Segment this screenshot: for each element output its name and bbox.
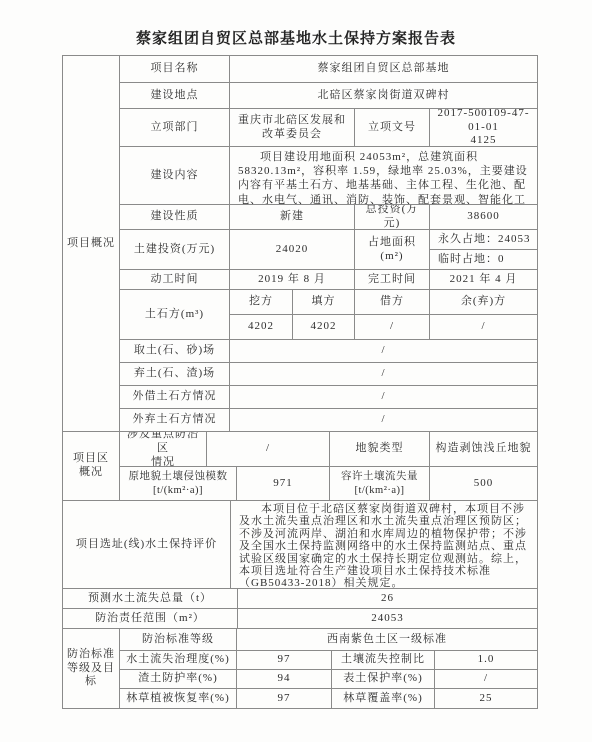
report-page: 蔡家组团自贸区总部基地水土保持方案报告表 项目概况 项目名称 蔡家组团自贸区总部…	[0, 0, 592, 742]
start-time-value: 2019 年 8 月	[230, 270, 355, 290]
soil-loss-control-ratio-value: 1.0	[435, 651, 537, 670]
predicted-loss-value: 26	[238, 589, 537, 609]
row-project-name: 项目名称 蔡家组团自贸区总部基地	[120, 56, 537, 83]
report-table: 项目概况 项目名称 蔡家组团自贸区总部基地 建设地点 北碚区蔡家岗街道双碑村 立…	[62, 55, 538, 709]
borrow-value: /	[355, 315, 430, 340]
fill-value: 4202	[293, 315, 355, 340]
row-predicted-loss: 预测水土流失总量（t） 26	[63, 589, 537, 609]
borrow-site-value: /	[230, 340, 537, 363]
area-permanent-value: 永久占地：24053	[430, 230, 537, 250]
nature-label: 建设性质	[120, 205, 230, 230]
erosion-modulus-value: 971	[237, 467, 330, 501]
total-investment-value: 38600	[430, 205, 537, 230]
row-standard-1: 水土流失治理度(%) 97 土壤流失控制比 1.0	[120, 651, 537, 670]
external-borrow-label: 外借土石方情况	[120, 386, 230, 409]
section-label-project-area: 项目区 概况	[63, 432, 120, 501]
vegetation-recovery-rate-label: 林草植被恢复率(%)	[120, 689, 237, 708]
borrow-site-label: 取土(石、砂)场	[120, 340, 230, 363]
area-temporary-value: 临时占地：0	[430, 250, 537, 270]
row-civil-investment: 土建投资(万元) 24020 占地面积(m²) 永久占地：24053 临时占地：…	[120, 230, 537, 270]
content-label: 建设内容	[120, 147, 230, 205]
project-name-label: 项目名称	[120, 56, 230, 83]
finish-time-value: 2021 年 4 月	[430, 270, 537, 290]
content-value: 项目建设用地面积 24053m²，总建筑面积 58320.13m²，容积率 1.…	[230, 147, 537, 205]
location-label: 建设地点	[120, 83, 230, 109]
excavation-value: 4202	[230, 315, 293, 340]
section-label-standards: 防治标准 等级及目 标	[63, 629, 120, 708]
row-schedule: 动工时间 2019 年 8 月 完工时间 2021 年 4 月	[120, 270, 537, 290]
row-approval: 立项部门 重庆市北碚区发展和 改革委员会 立项文号 2017-500109-47…	[120, 109, 537, 147]
row-location: 建设地点 北碚区蔡家岗街道双碑村	[120, 83, 537, 109]
site-evaluation-label: 项目选址(线)水土保持评价	[63, 501, 231, 589]
landform-label: 地貌类型	[330, 432, 430, 467]
standard-grade-label: 防治标准等级	[120, 629, 237, 651]
borrow-header: 借方	[355, 290, 430, 315]
slag-protection-rate-value: 94	[237, 670, 332, 689]
row-responsibility-area: 防治责任范围（m²） 24053	[63, 609, 537, 629]
vegetation-coverage-rate-label: 林草覆盖率(%)	[332, 689, 435, 708]
total-investment-label: 总投资(万元)	[355, 205, 430, 230]
predicted-loss-label: 预测水土流失总量（t）	[63, 589, 238, 609]
project-name-value: 蔡家组团自贸区总部基地	[230, 56, 537, 83]
responsibility-area-label: 防治责任范围（m²）	[63, 609, 238, 629]
vegetation-coverage-rate-value: 25	[435, 689, 537, 708]
doc-no-label: 立项文号	[355, 109, 430, 147]
earthwork-header-row: 挖方 填方 借方 余(弃)方	[230, 290, 537, 315]
nature-value: 新建	[230, 205, 355, 230]
section-standards: 防治标准 等级及目 标 防治标准等级 西南紫色土区一级标准 水土流失治理度(%)…	[63, 629, 537, 708]
soil-loss-control-degree-value: 97	[237, 651, 332, 670]
document-title: 蔡家组团自贸区总部基地水土保持方案报告表	[0, 27, 592, 48]
row-external-spoil: 外弃土石方情况 /	[120, 409, 537, 432]
location-value: 北碚区蔡家岗街道双碑村	[230, 83, 537, 109]
slag-protection-rate-label: 渣土防护率(%)	[120, 670, 237, 689]
row-spoil-site: 弃土(石、渣)场 /	[120, 363, 537, 386]
fill-header: 填方	[293, 290, 355, 315]
row-standard-3: 林草植被恢复率(%) 97 林草覆盖率(%) 25	[120, 689, 537, 708]
responsibility-area-value: 24053	[238, 609, 537, 629]
section-project-overview: 项目概况 项目名称 蔡家组团自贸区总部基地 建设地点 北碚区蔡家岗街道双碑村 立…	[63, 56, 537, 432]
approval-dept-label: 立项部门	[120, 109, 230, 147]
allowable-loss-label: 容许土壤流失量 [t/(km²·a)]	[330, 467, 430, 501]
spoil-value: /	[430, 315, 537, 340]
excavation-header: 挖方	[230, 290, 293, 315]
external-borrow-value: /	[230, 386, 537, 409]
external-spoil-value: /	[230, 409, 537, 432]
soil-loss-control-degree-label: 水土流失治理度(%)	[120, 651, 237, 670]
row-standard-grade: 防治标准等级 西南紫色土区一级标准	[120, 629, 537, 651]
key-zone-label: 涉及重点防治区 情况	[120, 432, 207, 467]
civil-investment-value: 24020	[230, 230, 355, 270]
approval-dept-value: 重庆市北碚区发展和 改革委员会	[230, 109, 355, 147]
standard-grade-value: 西南紫色土区一级标准	[237, 629, 537, 651]
row-site-evaluation: 项目选址(线)水土保持评价 本项目位于北碚区蔡家岗街道双碑村，本项目不涉及水土流…	[63, 501, 537, 589]
doc-no-value: 2017-500109-47-01-01 4125	[430, 109, 537, 147]
row-earthwork: 土石方(m³) 挖方 填方 借方 余(弃)方 4202 4202 / /	[120, 290, 537, 340]
row-borrow-site: 取土(石、砂)场 /	[120, 340, 537, 363]
finish-time-label: 完工时间	[355, 270, 430, 290]
area-label: 占地面积(m²)	[355, 230, 430, 270]
landform-value: 构造剥蚀浅丘地貌	[430, 432, 537, 467]
row-standard-2: 渣土防护率(%) 94 表土保护率(%) /	[120, 670, 537, 689]
row-erosion-modulus: 原地貌土壤侵蚀模数 [t/(km²·a)] 971 容许土壤流失量 [t/(km…	[120, 467, 537, 501]
earthwork-label: 土石方(m³)	[120, 290, 230, 340]
civil-investment-label: 土建投资(万元)	[120, 230, 230, 270]
section-label-project-overview: 项目概况	[63, 56, 120, 432]
earthwork-value-row: 4202 4202 / /	[230, 315, 537, 340]
key-zone-value: /	[207, 432, 330, 467]
row-content: 建设内容 项目建设用地面积 24053m²，总建筑面积 58320.13m²，容…	[120, 147, 537, 205]
soil-loss-control-ratio-label: 土壤流失控制比	[332, 651, 435, 670]
spoil-site-value: /	[230, 363, 537, 386]
site-evaluation-text: 本项目位于北碚区蔡家岗街道双碑村，本项目不涉及水土流失重点治理区和水土流失重点治…	[231, 501, 537, 589]
spoil-site-label: 弃土(石、渣)场	[120, 363, 230, 386]
row-nature: 建设性质 新建 总投资(万元) 38600	[120, 205, 537, 230]
spoil-header: 余(弃)方	[430, 290, 537, 315]
start-time-label: 动工时间	[120, 270, 230, 290]
external-spoil-label: 外弃土石方情况	[120, 409, 230, 432]
row-external-borrow: 外借土石方情况 /	[120, 386, 537, 409]
vegetation-recovery-rate-value: 97	[237, 689, 332, 708]
row-key-zone: 涉及重点防治区 情况 / 地貌类型 构造剥蚀浅丘地貌	[120, 432, 537, 467]
erosion-modulus-label: 原地貌土壤侵蚀模数 [t/(km²·a)]	[120, 467, 237, 501]
topsoil-protection-rate-label: 表土保护率(%)	[332, 670, 435, 689]
section-project-area: 项目区 概况 涉及重点防治区 情况 / 地貌类型 构造剥蚀浅丘地貌 原地貌土壤侵…	[63, 432, 537, 501]
topsoil-protection-rate-value: /	[435, 670, 537, 689]
allowable-loss-value: 500	[430, 467, 537, 501]
